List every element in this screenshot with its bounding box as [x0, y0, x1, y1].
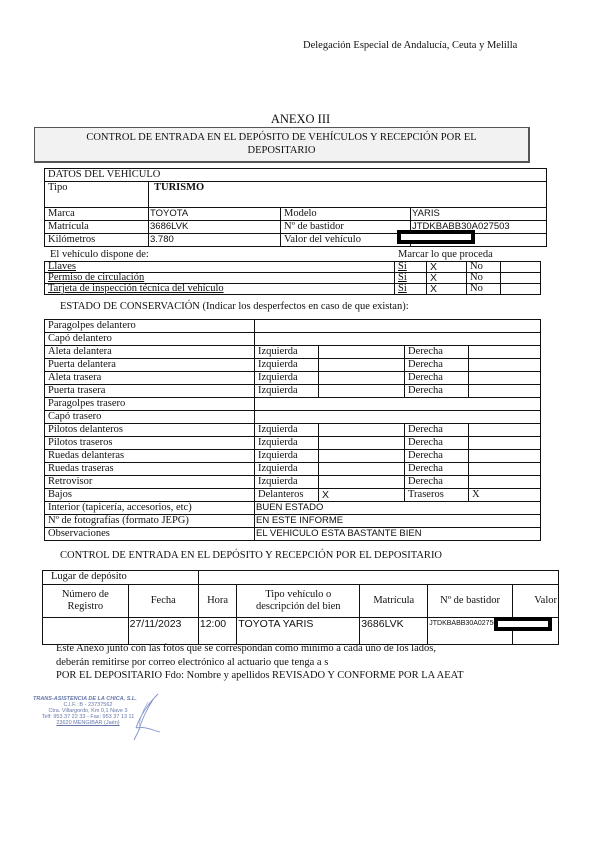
footer-line-2: deberán remitirse por correo electrónico…: [56, 656, 464, 670]
vehicle-section-title: DATOS DEL VEHÍCULO: [45, 169, 547, 182]
conservation-row: Pilotos delanterosIzquierdaDerecha: [45, 424, 541, 437]
dispone-item-label: Tarjeta de inspección técnica del vehícu…: [45, 284, 395, 295]
conservation-item-label: Puerta delantera: [45, 359, 255, 372]
left-side-mark[interactable]: [319, 346, 405, 359]
right-side-mark[interactable]: [469, 346, 541, 359]
right-side-mark[interactable]: [469, 437, 541, 450]
right-side-label: Derecha: [405, 437, 469, 450]
conservation-row: Aleta traseraIzquierdaDerecha: [45, 372, 541, 385]
left-side-label: Izquierda: [255, 385, 319, 398]
si-label: Si: [395, 262, 427, 273]
header-delegation: Delegación Especial de Andalucía, Ceuta …: [303, 40, 517, 51]
bastidor-label: Nº de bastidor: [281, 221, 411, 234]
conservation-row-observaciones: Observaciones EL VEHICULO ESTA BASTANTE …: [45, 528, 541, 541]
conservation-item-label: Aleta delantera: [45, 346, 255, 359]
control-title-box: CONTROL DE ENTRADA EN EL DEPÓSITO DE VEH…: [34, 127, 530, 163]
conservation-item-value[interactable]: [255, 333, 541, 346]
left-side-label: Izquierda: [255, 359, 319, 372]
observaciones-value[interactable]: EL VEHICULO ESTA BASTANTE BIEN: [255, 528, 541, 541]
no-label: No: [467, 273, 501, 284]
right-side-label: Derecha: [405, 476, 469, 489]
left-side-mark[interactable]: [319, 476, 405, 489]
annex-title: ANEXO III: [0, 112, 601, 127]
conservation-title: ESTADO DE CONSERVACIÓN (Indicar los desp…: [60, 301, 409, 312]
conservation-item-label: Bajos: [45, 489, 255, 502]
left-side-label: Izquierda: [255, 450, 319, 463]
header-matricula: Matrícula: [360, 585, 428, 618]
header-valor: Valor: [512, 585, 558, 618]
conservation-item-value[interactable]: [255, 411, 541, 424]
right-side-mark[interactable]: [469, 450, 541, 463]
signature-icon: [118, 692, 178, 742]
conservation-item-label: Retrovisor: [45, 476, 255, 489]
left-side-mark[interactable]: [319, 463, 405, 476]
matricula-label: Matrícula: [45, 221, 149, 234]
conservation-row: Ruedas delanterasIzquierdaDerecha: [45, 450, 541, 463]
conservation-row: Ruedas traserasIzquierdaDerecha: [45, 463, 541, 476]
hora-value[interactable]: 12:00: [198, 618, 236, 645]
fotos-label: Nº de fotografías (formato JEPG): [45, 515, 255, 528]
conservation-item-label: Capó trasero: [45, 411, 255, 424]
left-side-mark[interactable]: [319, 437, 405, 450]
footer-line-3: POR EL DEPOSITARIO Fdo: Nombre y apellid…: [56, 669, 464, 683]
conservation-row: Paragolpes delantero: [45, 320, 541, 333]
conservation-item-label: Aleta trasera: [45, 372, 255, 385]
si-label: Si: [395, 284, 427, 295]
left-side-mark[interactable]: [319, 385, 405, 398]
conservation-item-label: Paragolpes delantero: [45, 320, 255, 333]
right-side-label: Derecha: [405, 346, 469, 359]
no-checkbox[interactable]: [501, 262, 541, 273]
entry-control-title: CONTROL DE ENTRADA EN EL DEPÓSITO Y RECE…: [60, 550, 442, 561]
conservation-item-label: Pilotos delanteros: [45, 424, 255, 437]
interior-value[interactable]: BUEN ESTADO: [255, 502, 541, 515]
right-side-mark[interactable]: [469, 476, 541, 489]
entry-row: 27/11/2023 12:00 TOYOTA YARIS 3686LVK JT…: [43, 618, 559, 645]
right-side-mark[interactable]: [469, 424, 541, 437]
lugar-label: Lugar de depósito: [43, 571, 199, 585]
marca-value[interactable]: TOYOTA: [149, 208, 281, 221]
conservation-row-fotos: Nº de fotografías (formato JEPG) EN ESTE…: [45, 515, 541, 528]
km-value[interactable]: 3.780: [149, 234, 281, 247]
conservation-row: Aleta delanteraIzquierdaDerecha: [45, 346, 541, 359]
left-side-label: Izquierda: [255, 476, 319, 489]
conservation-row: Capó delantero: [45, 333, 541, 346]
left-side-label: Izquierda: [255, 372, 319, 385]
right-side-mark[interactable]: [469, 359, 541, 372]
conservation-item-value[interactable]: [255, 320, 541, 333]
right-side-label: Derecha: [405, 424, 469, 437]
left-side-mark[interactable]: [319, 359, 405, 372]
conservation-table: Paragolpes delanteroCapó delanteroAleta …: [44, 319, 541, 541]
conservation-item-label: Paragolpes trasero: [45, 398, 255, 411]
conservation-row: Puerta traseraIzquierdaDerecha: [45, 385, 541, 398]
control-title-line2: DEPOSITARIO: [35, 144, 528, 157]
conservation-item-label: Pilotos traseros: [45, 437, 255, 450]
right-side-label: Derecha: [405, 463, 469, 476]
dispone-table: Llaves Si X No Permiso de circulación Si…: [44, 261, 541, 295]
lugar-value[interactable]: [198, 571, 558, 585]
header-fecha: Fecha: [128, 585, 198, 618]
tipo-value[interactable]: TURISMO: [149, 182, 547, 208]
no-checkbox[interactable]: [501, 273, 541, 284]
redaction-bar-valor: [397, 230, 475, 244]
dispone-item-label: Permiso de circulación: [45, 273, 395, 284]
modelo-label: Modelo: [281, 208, 411, 221]
right-side-label: Derecha: [405, 385, 469, 398]
dispone-row-itv: Tarjeta de inspección técnica del vehícu…: [45, 284, 541, 295]
right-side-mark[interactable]: [469, 385, 541, 398]
footer-note: Este Anexo junto con las fotos que se co…: [56, 642, 464, 683]
conservation-item-value[interactable]: [255, 398, 541, 411]
conservation-row: RetrovisorIzquierdaDerecha: [45, 476, 541, 489]
si-checkbox[interactable]: X: [427, 262, 467, 273]
right-side-mark[interactable]: X: [469, 489, 541, 502]
right-side-mark[interactable]: [469, 372, 541, 385]
km-label: Kilómetros: [45, 234, 149, 247]
left-side-mark[interactable]: X: [319, 489, 405, 502]
header-registro: Número de Registro: [43, 585, 129, 618]
conservation-item-label: Ruedas traseras: [45, 463, 255, 476]
conservation-row: Capó trasero: [45, 411, 541, 424]
no-checkbox[interactable]: [501, 284, 541, 295]
dispone-row-llaves: Llaves Si X No: [45, 262, 541, 273]
right-side-label: Derecha: [405, 359, 469, 372]
marcar-instruction: Marcar lo que proceda: [398, 249, 493, 260]
left-side-label: Izquierda: [255, 463, 319, 476]
dispone-item-label: Llaves: [45, 262, 395, 273]
fecha-value[interactable]: 27/11/2023: [128, 618, 198, 645]
left-side-label: Izquierda: [255, 437, 319, 450]
entry-control-table: Lugar de depósito Número de Registro Fec…: [42, 570, 559, 645]
interior-label: Interior (tapicería, accesorios, etc): [45, 502, 255, 515]
dispone-label: El vehículo dispone de:: [50, 249, 149, 260]
footer-line-1: Este Anexo junto con las fotos que se co…: [56, 642, 464, 656]
tipo-vehiculo-value[interactable]: TOYOTA YARIS: [237, 618, 360, 645]
right-side-label: Derecha: [405, 372, 469, 385]
conservation-item-label: Ruedas delanteras: [45, 450, 255, 463]
header-bastidor: Nº de bastidor: [428, 585, 513, 618]
si-label: Si: [395, 273, 427, 284]
dispone-row-permiso: Permiso de circulación Si X No: [45, 273, 541, 284]
valor-label: Valor del vehículo: [281, 234, 411, 247]
registro-value[interactable]: [43, 618, 129, 645]
conservation-row: Puerta delanteraIzquierdaDerecha: [45, 359, 541, 372]
redaction-bar-valor-entry: [494, 617, 552, 631]
right-side-label: Derecha: [405, 450, 469, 463]
matricula-value[interactable]: 3686LVK: [149, 221, 281, 234]
si-checkbox[interactable]: X: [427, 284, 467, 295]
right-side-mark[interactable]: [469, 463, 541, 476]
control-title-line1: CONTROL DE ENTRADA EN EL DEPÓSITO DE VEH…: [35, 131, 528, 144]
no-label: No: [467, 284, 501, 295]
no-label: No: [467, 262, 501, 273]
left-side-label: Izquierda: [255, 424, 319, 437]
header-hora: Hora: [198, 585, 236, 618]
conservation-row-interior: Interior (tapicería, accesorios, etc) BU…: [45, 502, 541, 515]
conservation-row: Paragolpes trasero: [45, 398, 541, 411]
matricula-entry-value[interactable]: 3686LVK: [360, 618, 428, 645]
header-tipo: Tipo vehículo o descripción del bien: [237, 585, 360, 618]
right-side-label: Traseros: [405, 489, 469, 502]
tipo-label: Tipo: [45, 182, 149, 208]
left-side-label: Delanteros: [255, 489, 319, 502]
fotos-value[interactable]: EN ESTE INFORME: [255, 515, 541, 528]
left-side-mark[interactable]: [319, 372, 405, 385]
left-side-mark[interactable]: [319, 450, 405, 463]
left-side-label: Izquierda: [255, 346, 319, 359]
conservation-item-label: Capó delantero: [45, 333, 255, 346]
si-checkbox[interactable]: X: [427, 273, 467, 284]
conservation-row: Pilotos traserosIzquierdaDerecha: [45, 437, 541, 450]
marca-label: Marca: [45, 208, 149, 221]
observaciones-label: Observaciones: [45, 528, 255, 541]
conservation-row: BajosDelanterosXTraserosX: [45, 489, 541, 502]
modelo-value[interactable]: YARIS: [411, 208, 547, 221]
conservation-item-label: Puerta trasera: [45, 385, 255, 398]
left-side-mark[interactable]: [319, 424, 405, 437]
